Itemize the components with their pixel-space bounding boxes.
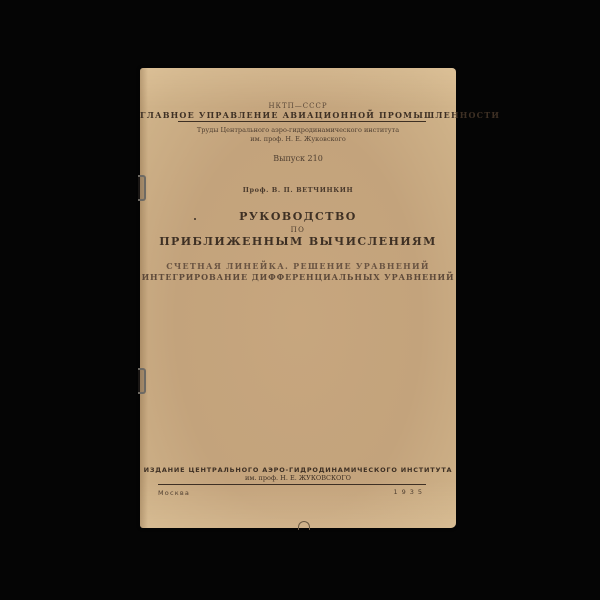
issue-number: Выпуск 210 (140, 154, 456, 163)
publication-city: Москва (158, 489, 190, 497)
title-line-2: ПРИБЛИЖЕННЫМ ВЫЧИСЛЕНИЯМ (140, 235, 456, 248)
staple-bottom (138, 368, 146, 394)
footer-divider (158, 484, 426, 485)
organization-label: НКТП—СССР (140, 102, 456, 110)
publisher-line-1: ИЗДАНИЕ ЦЕНТРАЛЬНОГО АЭРО-ГИДРОДИНАМИЧЕС… (140, 466, 456, 474)
booklet-cover: НКТП—СССР ГЛАВНОЕ УПРАВЛЕНИЕ АВИАЦИОННОЙ… (140, 68, 456, 528)
department-heading: ГЛАВНОЕ УПРАВЛЕНИЕ АВИАЦИОННОЙ ПРОМЫШЛЕН… (140, 110, 456, 120)
title-connector: ПО (140, 226, 456, 234)
series-label: Труды Центрального аэро-гидродинамическо… (140, 126, 456, 134)
subtitle-line-1: СЧЕТНАЯ ЛИНЕЙКА. РЕШЕНИЕ УРАВНЕНИЙ (140, 261, 456, 271)
subtitle-line-2: ИНТЕГРИРОВАНИЕ ДИФФЕРЕНЦИАЛЬНЫХ УРАВНЕНИ… (140, 272, 456, 282)
author-name: Проф. В. П. ВЕТЧИНКИН (140, 186, 456, 194)
publisher-line-2: им. проф. Н. Е. ЖУКОВСКОГО (140, 474, 456, 482)
paper-tear (298, 521, 310, 530)
header-divider (178, 121, 426, 122)
title-line-1: РУКОВОДСТВО (140, 210, 456, 223)
publication-year: 1935 (393, 488, 426, 496)
series-name-label: им. проф. Н. Е. Жуковского (140, 135, 456, 143)
